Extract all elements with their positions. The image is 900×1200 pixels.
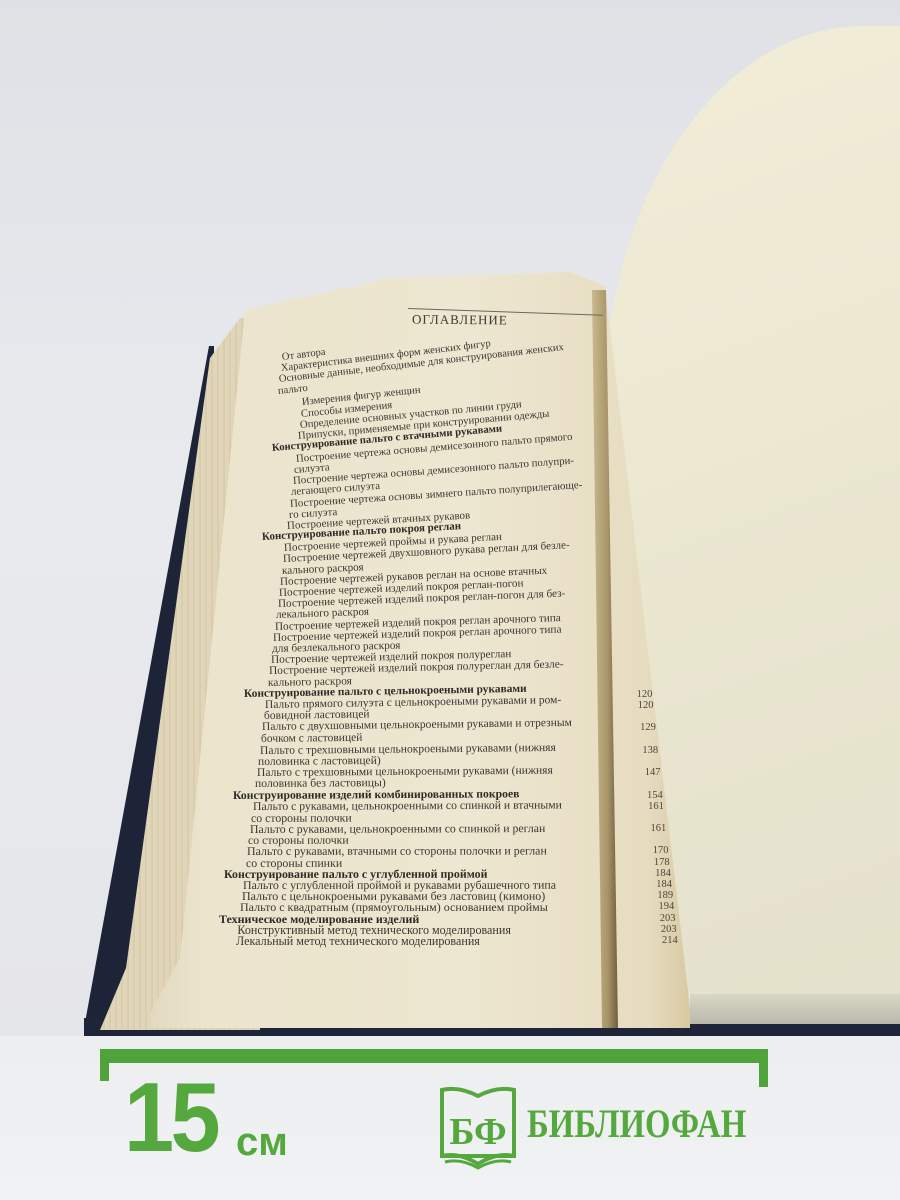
toc-page-number: 161 — [648, 801, 664, 812]
toc-page-number: 138 — [642, 745, 658, 756]
toc-page-number: 129 — [640, 722, 656, 733]
photo-scene: ОГЛАВЛЕНИЕ От автораХарактеристика внешн… — [0, 0, 900, 1200]
toc-page-number: 203 — [661, 924, 677, 935]
ruler-bar — [100, 1049, 768, 1063]
size-unit: см — [236, 1120, 288, 1165]
toc-page-number: 120 — [637, 689, 653, 700]
toc-entry: Лекальный метод технического моделирован… — [236, 934, 480, 949]
toc-page-number: 154 — [647, 790, 663, 801]
toc-page-number: 147 — [645, 767, 661, 778]
toc-page-number: 120 — [638, 700, 654, 711]
brand-name: БИБЛИОФАН — [527, 1100, 746, 1147]
toc-page-number: 203 — [660, 913, 676, 924]
toc-title: ОГЛАВЛЕНИЕ — [412, 312, 508, 329]
toc-page-number: 184 — [656, 879, 672, 890]
toc-page-number: 214 — [662, 935, 678, 946]
ruler-tick-left — [100, 1049, 109, 1081]
toc-page-number: 184 — [655, 868, 671, 879]
right-page-stack — [690, 994, 900, 1024]
toc-page-number: 194 — [659, 901, 675, 912]
toc-page-number: 189 — [657, 890, 673, 901]
toc-page-number: 178 — [654, 857, 670, 868]
logo-letters: БФ — [449, 1111, 506, 1153]
toc-page-number: 161 — [650, 823, 666, 834]
size-value: 15 — [124, 1068, 217, 1166]
ruler-tick-right — [759, 1049, 768, 1087]
book-logo-icon: БФ — [439, 1086, 517, 1170]
toc-page-number: 170 — [653, 845, 669, 856]
